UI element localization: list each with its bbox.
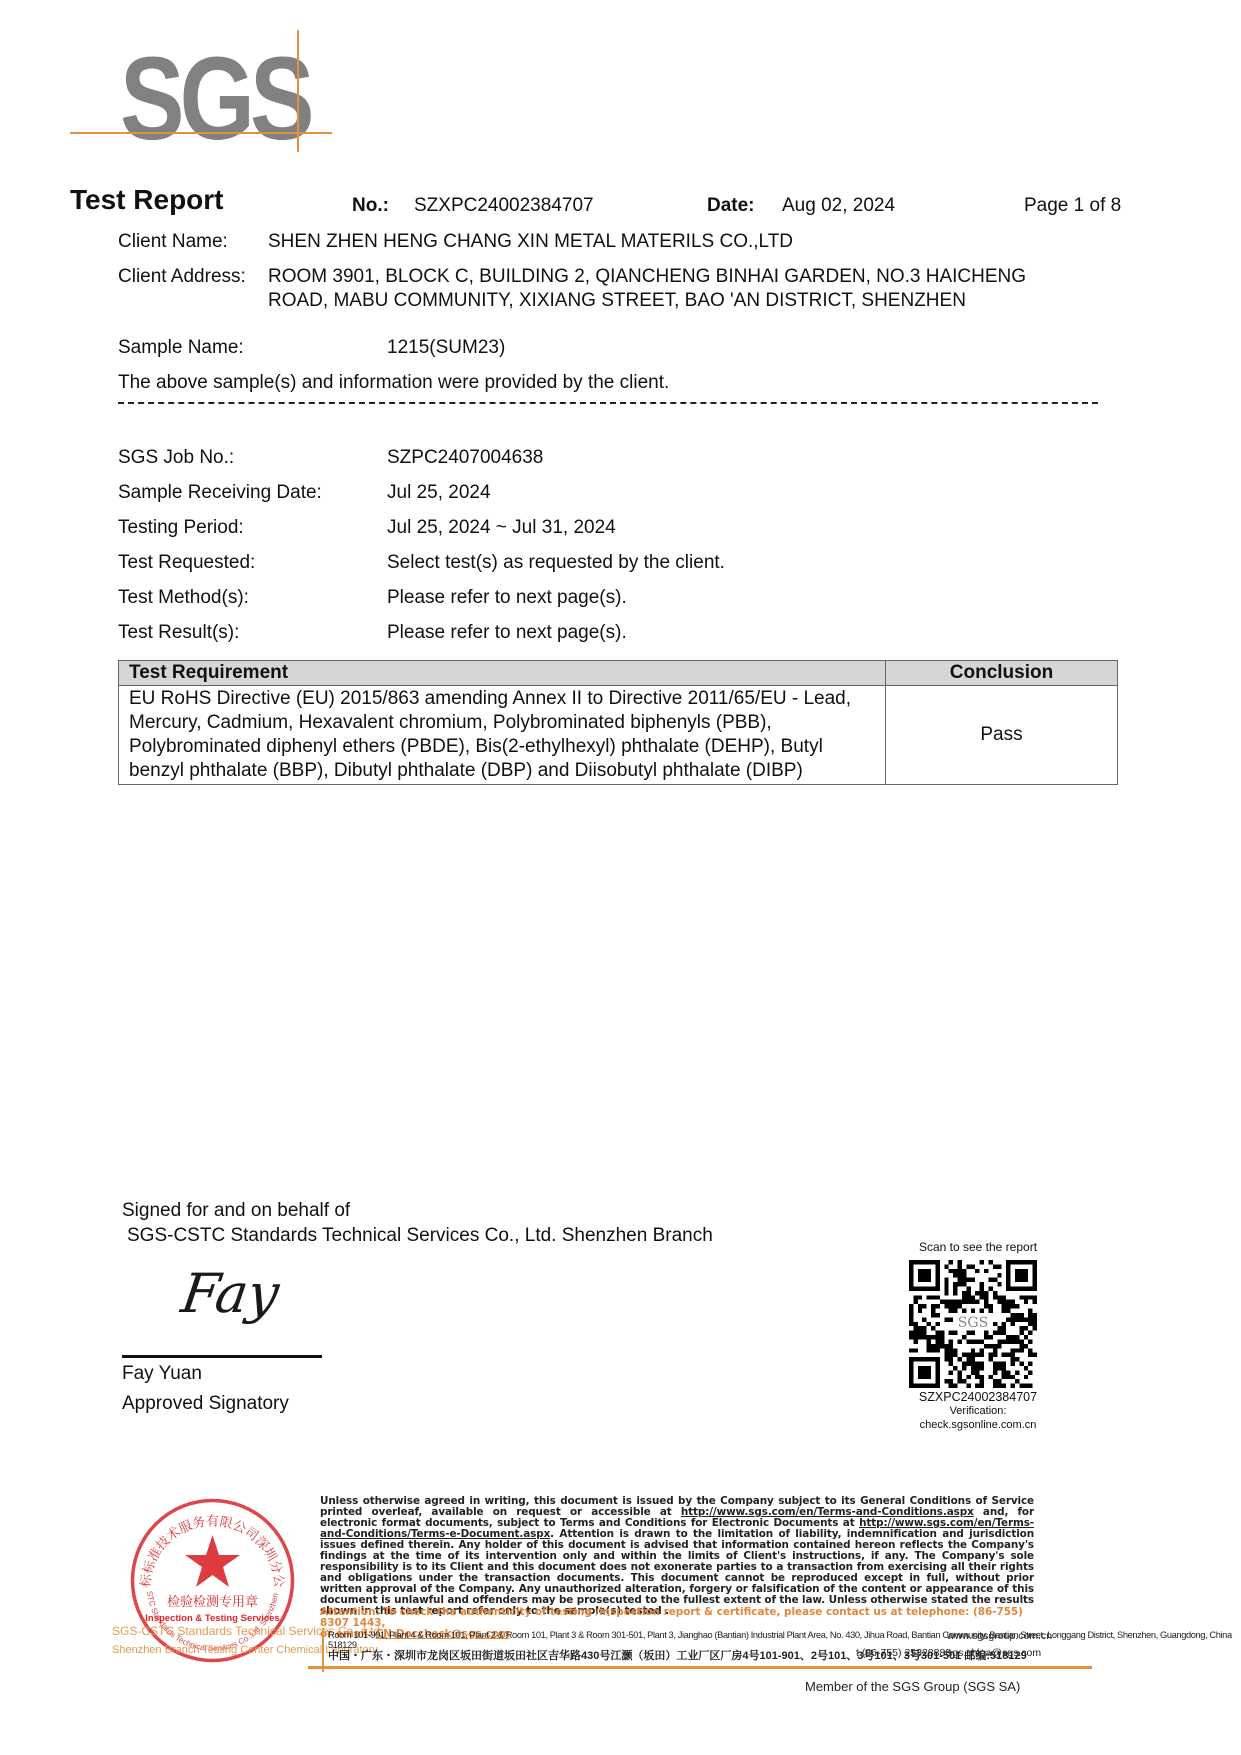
client-name: SHEN ZHEN HENG CHANG XIN METAL MATERILS … bbox=[268, 231, 793, 253]
signing-company: SGS-CSTC Standards Technical Services Co… bbox=[127, 1225, 713, 1247]
job-value: Please refer to next page(s). bbox=[387, 587, 627, 609]
test-requirement-table: Test Requirement Conclusion EU RoHS Dire… bbox=[118, 660, 1118, 785]
svg-text:检验检测专用章: 检验检测专用章 bbox=[167, 1594, 258, 1610]
job-value: Please refer to next page(s). bbox=[387, 622, 627, 644]
job-label: Test Requested: bbox=[118, 552, 255, 574]
test-requirement-cell: EU RoHS Directive (EU) 2015/863 amending… bbox=[119, 686, 886, 785]
disclaimer-text: . Attention is drawn to the limitation o… bbox=[320, 1528, 1034, 1617]
client-address-line1: ROOM 3901, BLOCK C, BUILDING 2, QIANCHEN… bbox=[268, 266, 1026, 288]
legal-disclaimer: Unless otherwise agreed in writing, this… bbox=[320, 1496, 1034, 1617]
column-header-test-requirement: Test Requirement bbox=[119, 661, 886, 686]
qr-caption: Scan to see the report bbox=[893, 1240, 1063, 1254]
job-label: Test Result(s): bbox=[118, 622, 239, 644]
conclusion-cell: Pass bbox=[886, 686, 1118, 785]
job-label: SGS Job No.: bbox=[118, 447, 234, 469]
official-seal-stamp: 通标标准技术服务有限公司深圳分公司 检验检测专用章 Inspection & T… bbox=[125, 1493, 300, 1668]
sgs-member-note: Member of the SGS Group (SGS SA) bbox=[805, 1679, 1020, 1694]
report-number-label: No.: bbox=[352, 195, 389, 217]
sample-name-label: Sample Name: bbox=[118, 337, 244, 359]
verification-site[interactable]: check.sgsonline.com.cn bbox=[893, 1419, 1063, 1431]
job-value: Jul 25, 2024 bbox=[387, 482, 491, 504]
qr-report-number: SZXPC24002384707 bbox=[893, 1390, 1063, 1404]
signature-line bbox=[122, 1355, 322, 1358]
report-date: Aug 02, 2024 bbox=[782, 195, 895, 217]
job-value: Select test(s) as requested by the clien… bbox=[387, 552, 725, 574]
column-header-conclusion: Conclusion bbox=[886, 661, 1118, 686]
job-value: Jul 25, 2024 ~ Jul 31, 2024 bbox=[387, 517, 616, 539]
table-header-row: Test Requirement Conclusion bbox=[119, 661, 1118, 686]
sgs-logo: SGS bbox=[120, 40, 310, 158]
verification-label: Verification: bbox=[893, 1405, 1063, 1417]
footer-horizontal-rule bbox=[308, 1666, 1092, 1669]
email-link[interactable]: sgs.china@sgs.com bbox=[947, 1647, 1041, 1659]
report-number: SZXPC24002384707 bbox=[414, 195, 594, 217]
logo-horizontal-rule bbox=[70, 132, 332, 134]
signatory-title: Approved Signatory bbox=[122, 1393, 289, 1415]
job-label: Test Method(s): bbox=[118, 587, 249, 609]
report-title: Test Report bbox=[70, 184, 224, 216]
sample-name: 1215(SUM23) bbox=[387, 337, 505, 359]
qr-sgs-logo: SGS bbox=[958, 1315, 989, 1331]
signatory-name: Fay Yuan bbox=[122, 1363, 202, 1385]
attention-text: Attention: To check the authenticity of … bbox=[320, 1607, 1040, 1629]
sample-note: The above sample(s) and information were… bbox=[118, 372, 669, 394]
job-label: Testing Period: bbox=[118, 517, 244, 539]
job-value: SZPC2407004638 bbox=[387, 447, 543, 469]
client-address-line2: ROAD, MABU COMMUNITY, XIXIANG STREET, BA… bbox=[268, 290, 966, 312]
dashed-divider bbox=[118, 402, 1098, 404]
job-label: Sample Receiving Date: bbox=[118, 482, 322, 504]
qr-code[interactable]: SGS bbox=[905, 1260, 1041, 1388]
signed-for-text: Signed for and on behalf of bbox=[122, 1200, 350, 1222]
date-label: Date: bbox=[707, 195, 755, 217]
telephone: t (86-755) 25328888 bbox=[856, 1647, 951, 1659]
website-link[interactable]: www.sgsgroup.com.cn bbox=[947, 1630, 1052, 1642]
client-address-label: Client Address: bbox=[118, 266, 246, 288]
client-name-label: Client Name: bbox=[118, 231, 228, 253]
handwritten-signature: Fay bbox=[178, 1262, 283, 1325]
table-row: EU RoHS Directive (EU) 2015/863 amending… bbox=[119, 686, 1118, 785]
logo-vertical-rule bbox=[297, 30, 299, 152]
page-indicator: Page 1 of 8 bbox=[1024, 195, 1121, 217]
